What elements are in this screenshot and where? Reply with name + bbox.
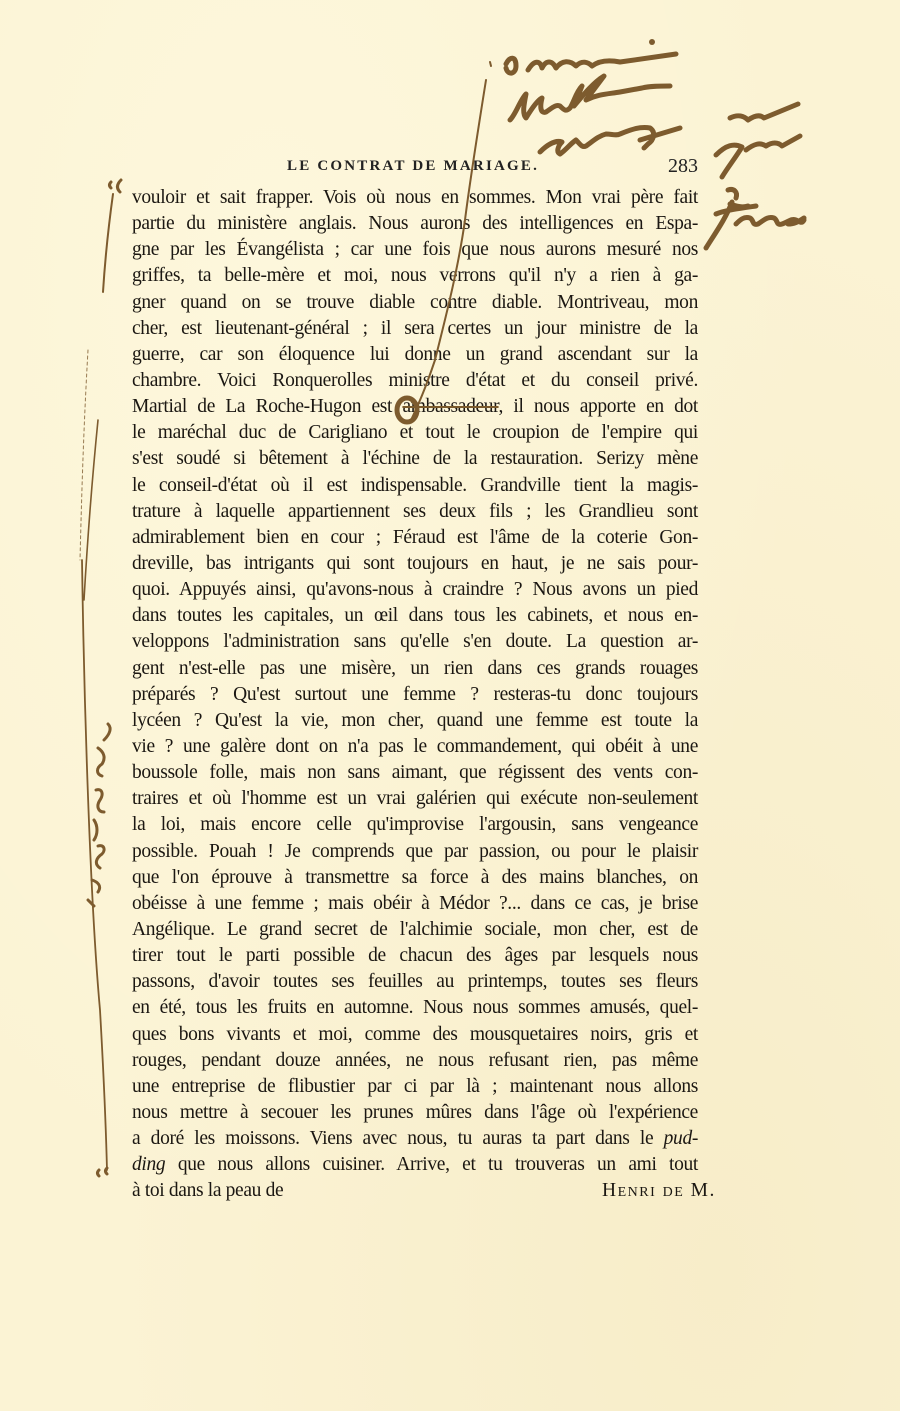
text-line: dans toutes les capitales, un œil dans t… — [132, 603, 698, 629]
text-line-last: à toi dans la peau deHenri de M. — [132, 1178, 698, 1204]
last-line-text: à toi dans la peau de — [132, 1180, 283, 1201]
text-line: tirer tout le parti possible de chacun d… — [132, 943, 698, 969]
text-line: le maréchal duc de Carigliano et tout le… — [132, 420, 698, 446]
ding-italic: ding — [132, 1154, 165, 1175]
margin-line-long — [82, 560, 107, 1170]
text-line: vie ? une galère dont on n'a pas le comm… — [132, 734, 698, 760]
text-line: gne par les Évangélista ; car une fois q… — [132, 237, 698, 263]
text-line: boussole folle, mais non sans aimant, qu… — [132, 760, 698, 786]
margin-line-top — [103, 194, 113, 292]
text-line: lycéen ? Qu'est la vie, mon cher, quand … — [132, 708, 698, 734]
text-line: possible. Pouah ! Je comprends que par p… — [132, 839, 698, 865]
close-quote-mark — [98, 1168, 108, 1176]
running-title: LE CONTRAT DE MARIAGE. — [287, 158, 539, 175]
text-line: que l'on éprouve à transmettre sa force … — [132, 865, 698, 891]
text-line: traires et où l'homme est un vrai galéri… — [132, 786, 698, 812]
body-text: vouloir et sait frapper. Vois où nous en… — [132, 185, 698, 1204]
text-line: quoi. Appuyés ainsi, qu'avons-nous à cra… — [132, 577, 698, 603]
text-line: chambre. Voici Ronquerolles ministre d'é… — [132, 368, 698, 394]
struck-word-ambassadeur: ambassadeur — [402, 396, 498, 417]
text-line: nous mettre à secouer les prunes mûres d… — [132, 1100, 698, 1126]
handwriting-stroke — [716, 136, 800, 177]
text-line: passons, d'avoir toutes ses feuilles au … — [132, 969, 698, 995]
handwriting-stroke — [528, 54, 676, 70]
pudding-italic: pud- — [664, 1128, 698, 1149]
handwriting-stroke — [728, 189, 748, 206]
margin-line-dashed — [80, 350, 88, 560]
book-page: LE CONTRAT DE MARIAGE. 283 vouloir et sa… — [0, 0, 900, 1411]
martial-before: Martial de La Roche-Hugon est — [132, 396, 402, 417]
margin-line-middle — [84, 420, 98, 600]
text-line: griffes, ta belle-mère et moi, nous verr… — [132, 263, 698, 289]
text-line: la loi, mais encore celle qu'improvise l… — [132, 812, 698, 838]
handwriting-stroke — [706, 202, 804, 248]
text-line: s'est soudé si bêtement à l'échine de la… — [132, 446, 698, 472]
open-quote-mark — [110, 180, 122, 192]
text-line: Angélique. Le grand secret de l'alchimie… — [132, 917, 698, 943]
text-line: cher, est lieutenant-général ; il sera c… — [132, 316, 698, 342]
text-line: obéisse à une femme ; mais obéir à Médor… — [132, 891, 698, 917]
text-line: une entreprise de flibustier par ci par … — [132, 1074, 698, 1100]
margin-handwriting — [88, 724, 110, 906]
text-line: guerre, car son éloquence lui donne un g… — [132, 342, 698, 368]
pudding-line-text: a doré les moissons. Viens avec nous, tu… — [132, 1128, 653, 1149]
text-line: en été, tous les fruits en automne. Nous… — [132, 995, 698, 1021]
text-line-pudding: a doré les moissons. Viens avec nous, tu… — [132, 1126, 698, 1152]
tick-mark — [490, 62, 491, 66]
martial-after: , il nous apporte en dot — [499, 396, 698, 417]
text-line: trature à laquelle appartiennent ses deu… — [132, 499, 698, 525]
handwriting-stroke — [506, 58, 516, 73]
text-line-martial: Martial de La Roche-Hugon est ambassadeu… — [132, 394, 698, 420]
text-line: gner quand on se trouve diable contre di… — [132, 290, 698, 316]
text-line: préparés ? Qu'est surtout une femme ? re… — [132, 682, 698, 708]
handwriting-stroke — [510, 76, 670, 120]
text-line: dreville, bas intrigants qui sont toujou… — [132, 551, 698, 577]
page-number: 283 — [668, 155, 698, 178]
running-head: LE CONTRAT DE MARIAGE. 283 — [132, 158, 698, 182]
text-line: admirablement bien en cour ; Féraud est … — [132, 525, 698, 551]
text-line: veloppons l'administration sans qu'elle … — [132, 629, 698, 655]
ding-rest: que nous allons cuisiner. Arrive, et tu … — [165, 1154, 698, 1175]
text-line: le conseil-d'état où il est indispensabl… — [132, 473, 698, 499]
text-line: gent n'est-elle pas une misère, un rien … — [132, 656, 698, 682]
text-line-ding: ding que nous allons cuisiner. Arrive, e… — [132, 1152, 698, 1178]
text-line: vouloir et sait frapper. Vois où nous en… — [132, 185, 698, 211]
text-line: ques bons vivants et moi, comme des mous… — [132, 1022, 698, 1048]
text-line: rouges, pendant douze années, ne nous re… — [132, 1048, 698, 1074]
signature: Henri de M. — [602, 1178, 716, 1204]
handwriting-stroke — [540, 104, 798, 154]
text-line: partie du ministère anglais. Nous aurons… — [132, 211, 698, 237]
